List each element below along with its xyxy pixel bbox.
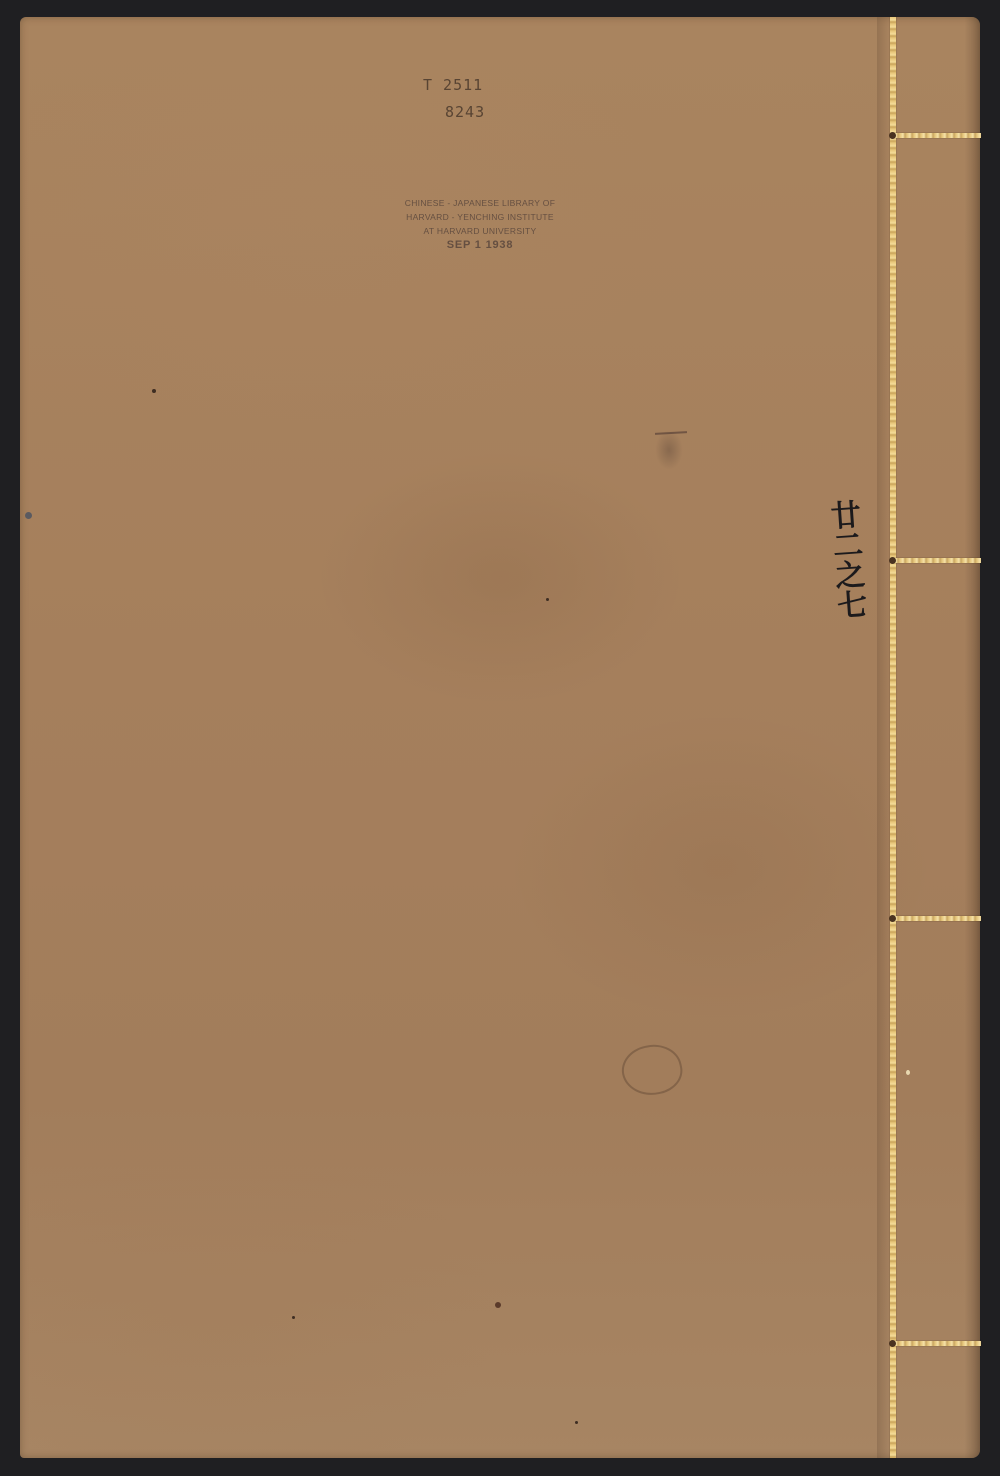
stamp-line-2: HARVARD - YENCHING INSTITUTE: [390, 210, 570, 224]
stamp-line-1: CHINESE - JAPANESE LIBRARY OF: [390, 196, 570, 210]
blemish-spot: [546, 598, 549, 601]
stitch-hole: [889, 557, 896, 564]
stitch-hole: [889, 915, 896, 922]
handwritten-volume-label: 廿二之七: [808, 498, 866, 621]
blemish-spot: [25, 512, 32, 519]
binding-stitch-2: [893, 558, 981, 563]
stamp-line-3: AT HARVARD UNIVERSITY: [390, 224, 570, 238]
stitch-hole: [889, 1340, 896, 1347]
stamp-date: SEP 1 1938: [390, 238, 570, 252]
call-number-line-1: T 2511: [423, 76, 483, 94]
blemish-spot: [292, 1316, 295, 1319]
blemish-spot: [906, 1070, 910, 1075]
binding-stitch-3: [893, 916, 981, 921]
blemish-spot: [495, 1302, 501, 1308]
binding-stitch-4: [893, 1341, 981, 1346]
binding-stitch-1: [893, 133, 981, 138]
stitch-hole: [889, 132, 896, 139]
binding-thread-vertical: [890, 17, 896, 1458]
call-number-line-2: 8243: [445, 103, 485, 121]
library-stamp: CHINESE - JAPANESE LIBRARY OF HARVARD - …: [390, 196, 570, 252]
blemish-spot: [152, 389, 156, 393]
blemish-spot: [575, 1421, 578, 1424]
ink-smudge: [655, 430, 683, 470]
